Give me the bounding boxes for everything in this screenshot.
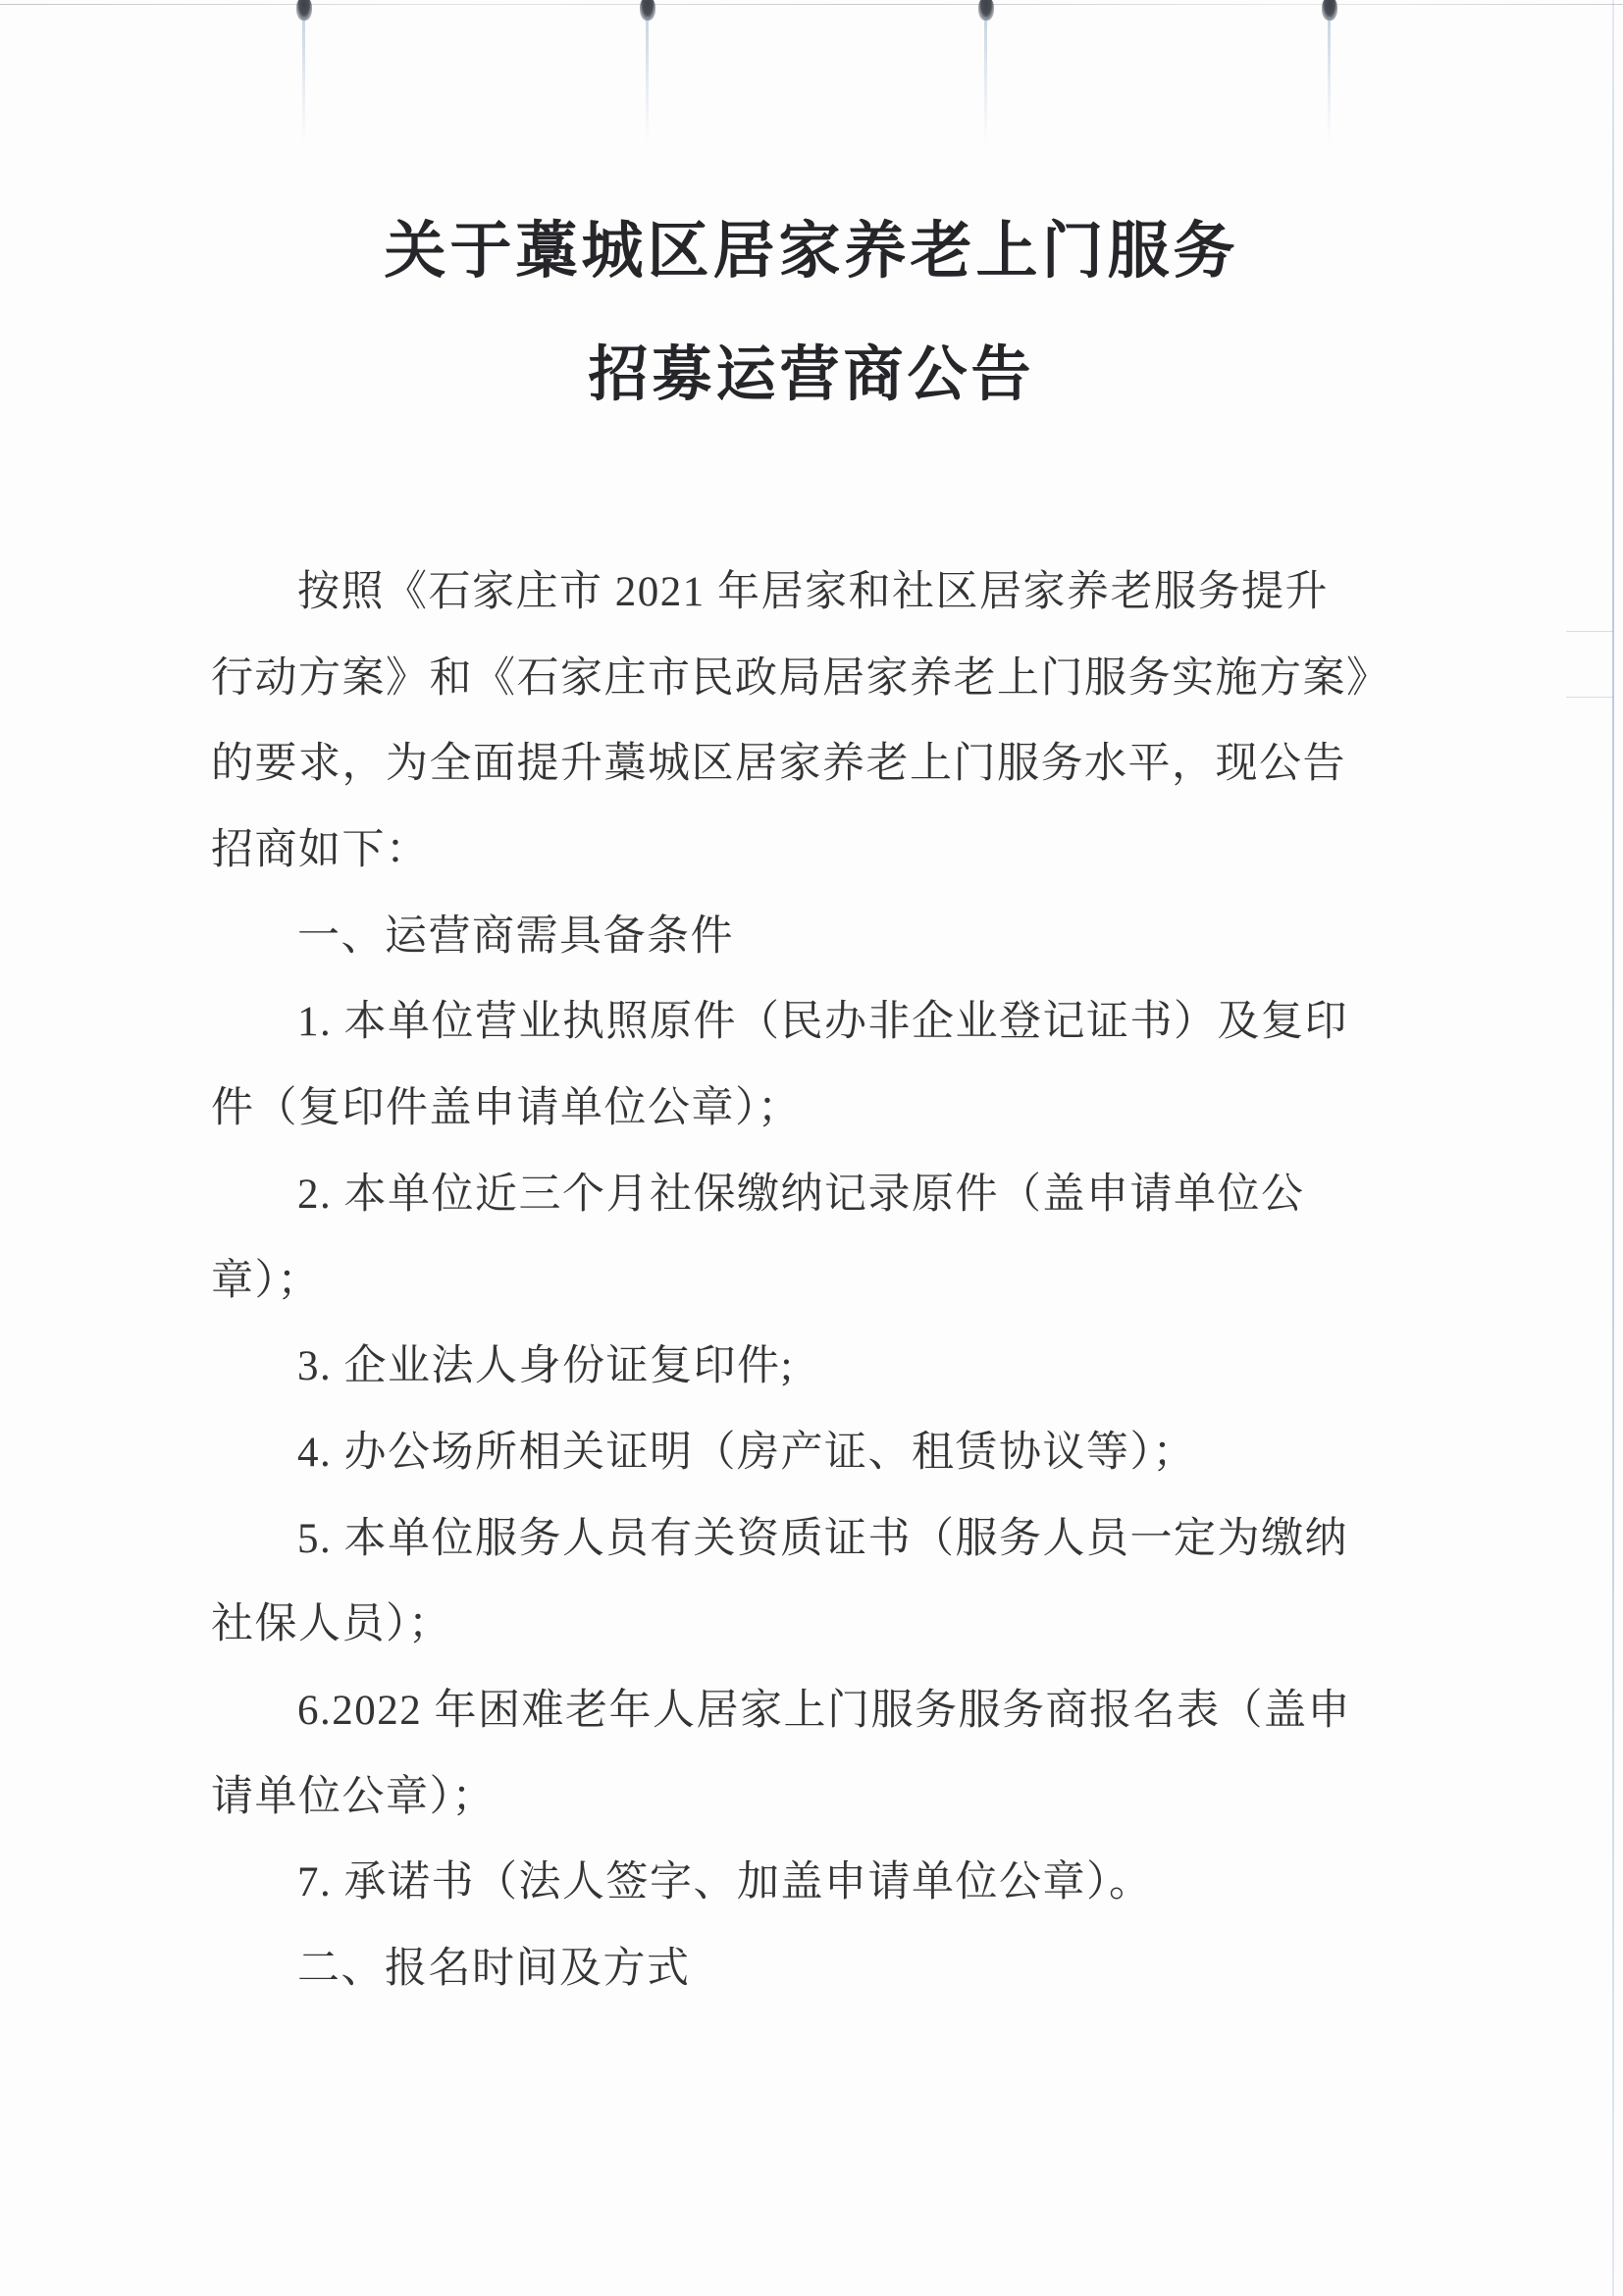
body-line-section-heading: 二、报名时间及方式 (211, 1926, 1320, 2012)
body-line: 7. 承诺书（法人签字、加盖申请单位公章）。 (211, 1840, 1320, 1926)
staple-mark-icon (640, 0, 655, 21)
body-line: 3. 企业法人身份证复印件; (211, 1324, 1320, 1410)
body-line: 按照《石家庄市 2021 年居家和社区居家养老服务提升 (211, 549, 1320, 636)
body-line: 2. 本单位近三个月社保缴纳记录原件（盖申请单位公 (211, 1152, 1320, 1238)
body-line: 的要求，为全面提升藁城区居家养老上门服务水平，现公告 (211, 721, 1320, 808)
body-line: 6.2022 年困难老年人居家上门服务服务商报名表（盖申 (211, 1668, 1320, 1754)
body-line: 请单位公章）； (211, 1754, 1320, 1841)
scan-top-hairline (0, 4, 1623, 5)
staple-mark-icon (296, 0, 312, 21)
body-line: 社保人员）； (211, 1582, 1320, 1668)
body-line-section-heading: 一、运营商需具备条件 (211, 894, 1320, 980)
body-line: 行动方案》和《石家庄市民政局居家养老上门服务实施方案》 (211, 636, 1320, 722)
body-line: 章）； (211, 1238, 1320, 1325)
staple-mark-icon (978, 0, 994, 21)
document-title-line-2: 招募运营商公告 (0, 327, 1623, 412)
scan-edge-tick (1566, 697, 1613, 698)
scanned-document-page: 关于藁城区居家养老上门服务 招募运营商公告 按照《石家庄市 2021 年居家和社… (0, 0, 1623, 2296)
body-line: 招商如下： (211, 808, 1320, 894)
body-line: 1. 本单位营业执照原件（民办非企业登记证书）及复印 (211, 979, 1320, 1066)
body-line: 件（复印件盖申请单位公章）； (211, 1066, 1320, 1152)
body-line: 5. 本单位服务人员有关资质证书（服务人员一定为缴纳 (211, 1496, 1320, 1583)
scan-edge-tick (1566, 631, 1613, 632)
staple-mark-icon (1322, 0, 1337, 21)
document-body: 按照《石家庄市 2021 年居家和社区居家养老服务提升 行动方案》和《石家庄市民… (211, 549, 1320, 2012)
document-title-line-1: 关于藁城区居家养老上门服务 (0, 201, 1623, 290)
body-line: 4. 办公场所相关证明（房产证、租赁协议等）； (211, 1410, 1320, 1496)
